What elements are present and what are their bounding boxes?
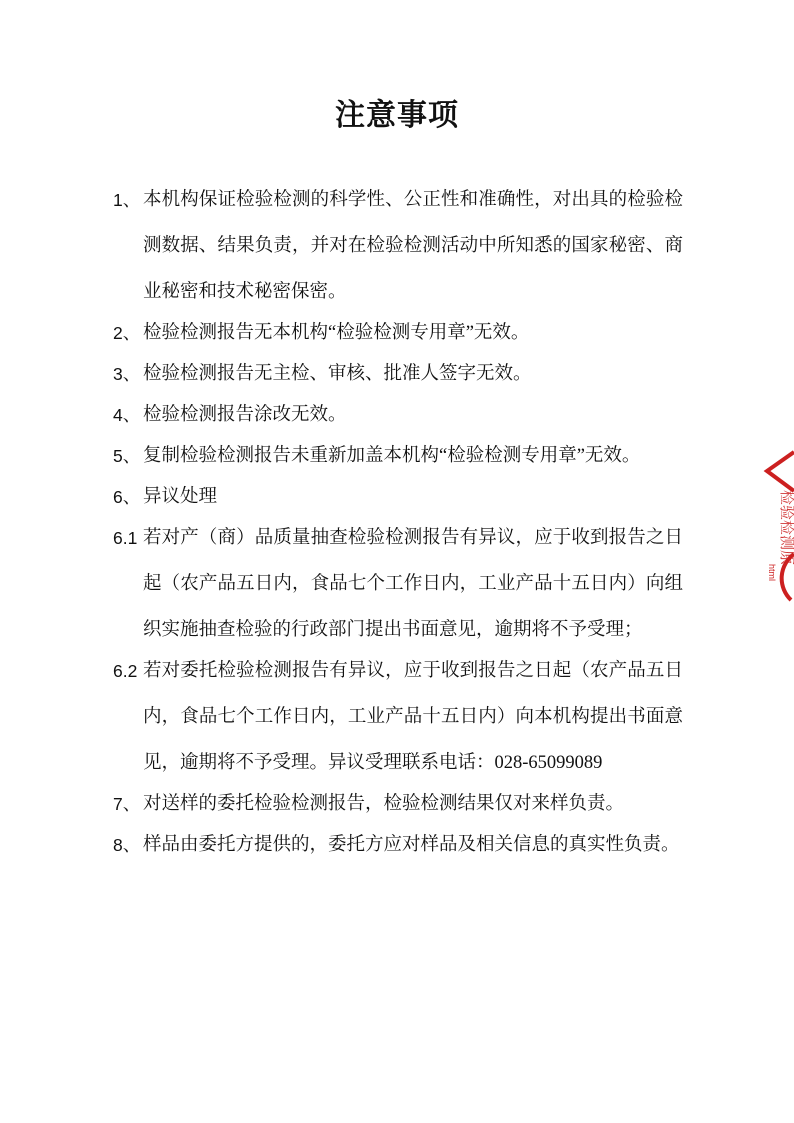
item-number: 2、 [113,310,143,356]
item-number: 6.1 [113,515,143,653]
item-text: 本机构保证检验检测的科学性、公正性和准确性，对出具的检验检测数据、结果负责，并对… [143,177,683,315]
item-number: 5、 [113,433,143,479]
item-number: 6、 [113,474,143,520]
page-title: 注意事项 [0,0,794,135]
item-text: 检验检测报告无主检、审核、批准人签字无效。 [143,351,683,397]
item-number: 1、 [113,177,143,315]
notice-item: 6.2 若对委托检验检测报告有异议，应于收到报告之日起（农产品五日内，食品七个工… [113,648,683,786]
notice-item: 8、 样品由委托方提供的，委托方应对样品及相关信息的真实性负责。 [113,822,683,868]
document-page: 注意事项 1、 本机构保证检验检测的科学性、公正性和准确性，对出具的检验检测数据… [0,0,794,1123]
item-number: 8、 [113,822,143,868]
notice-item: 4、 检验检测报告涂改无效。 [113,392,683,438]
notice-item: 6、 异议处理 [113,474,683,520]
item-text: 若对产（商）品质量抽查检验检测报告有异议，应于收到报告之日起（农产品五日内，食品… [143,515,683,653]
notice-item: 5、 复制检验检测报告未重新加盖本机构“检验检测专用章”无效。 [113,433,683,479]
item-number: 3、 [113,351,143,397]
notice-item: 3、 检验检测报告无主检、审核、批准人签字无效。 [113,351,683,397]
notice-list: 1、 本机构保证检验检测的科学性、公正性和准确性，对出具的检验检测数据、结果负责… [0,177,794,868]
notice-item: 6.1 若对产（商）品质量抽查检验检测报告有异议，应于收到报告之日起（农产品五日… [113,515,683,653]
notice-item: 1、 本机构保证检验检测的科学性、公正性和准确性，对出具的检验检测数据、结果负责… [113,177,683,315]
item-number: 4、 [113,392,143,438]
item-text: 样品由委托方提供的，委托方应对样品及相关信息的真实性负责。 [143,822,683,868]
item-text: 检验检测报告无本机构“检验检测专用章”无效。 [143,310,683,356]
notice-item: 7、 对送样的委托检验检测报告，检验检测结果仅对来样负责。 [113,781,683,827]
item-number: 7、 [113,781,143,827]
item-text: 若对委托检验检测报告有异议，应于收到报告之日起（农产品五日内，食品七个工作日内，… [143,648,683,786]
item-text: 复制检验检测报告未重新加盖本机构“检验检测专用章”无效。 [143,433,683,479]
item-text: 对送样的委托检验检测报告，检验检测结果仅对来样负责。 [143,781,683,827]
item-text: 检验检测报告涂改无效。 [143,392,683,438]
item-number: 6.2 [113,648,143,786]
notice-item: 2、 检验检测报告无本机构“检验检测专用章”无效。 [113,310,683,356]
item-text: 异议处理 [143,474,683,520]
